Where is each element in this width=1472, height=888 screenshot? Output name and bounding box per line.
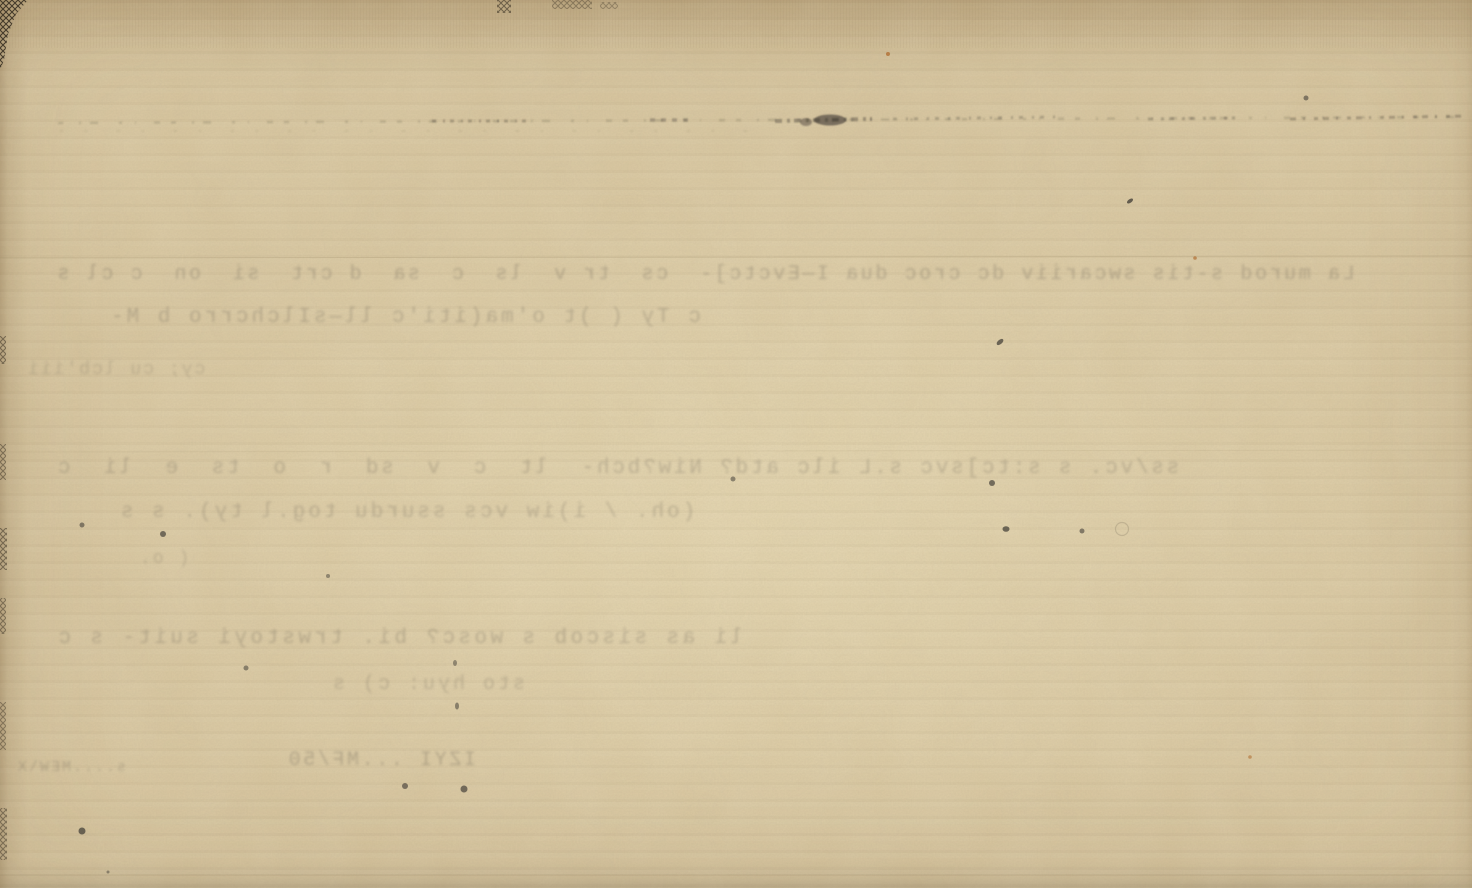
ghost-text-line-6: ( o. — [138, 549, 189, 569]
edge-crosshatch-damage — [0, 0, 618, 860]
ink-specks — [79, 96, 1309, 874]
ghost-text-line-9-mid: IZYI ...MF/50 — [286, 749, 476, 772]
ghost-text-line-3: cy; cu lcb'iii — [26, 360, 205, 380]
ghost-text-line-5: (oh. / i)iw vcs ssurdu tog.l ty). s s — [118, 501, 695, 524]
scan-top-edge-band — [0, 0, 1472, 48]
rust-specks — [886, 52, 1252, 759]
paper-artifacts-layer — [0, 0, 1472, 888]
ghost-text-line-7: li as siscob s wosc? bi. trwstoyi suit- … — [55, 627, 743, 650]
scanned-page: La murod s-tis swcariiv dc croc dua I—Ev… — [0, 0, 1472, 888]
paper-creases — [0, 256, 1472, 875]
ghost-text-line-8: sto hyu: c) s — [330, 673, 525, 696]
ink-smudge-line — [58, 115, 1468, 132]
ghost-text-line-2: c Ty ( )t o'ma(iti'c ll—sIlchcrro b M- — [108, 306, 701, 329]
paper-grain — [0, 0, 1472, 888]
ghost-text-line-9-left: s....MEW\X — [16, 759, 126, 776]
ghost-text-line-1: La murod s-tis swcariiv dc croc dua I—Ev… — [55, 263, 1355, 286]
ghost-text-line-4: ss/vc. s s:tc]svc s.L ilc atd? Niw?bch- … — [55, 457, 1179, 480]
